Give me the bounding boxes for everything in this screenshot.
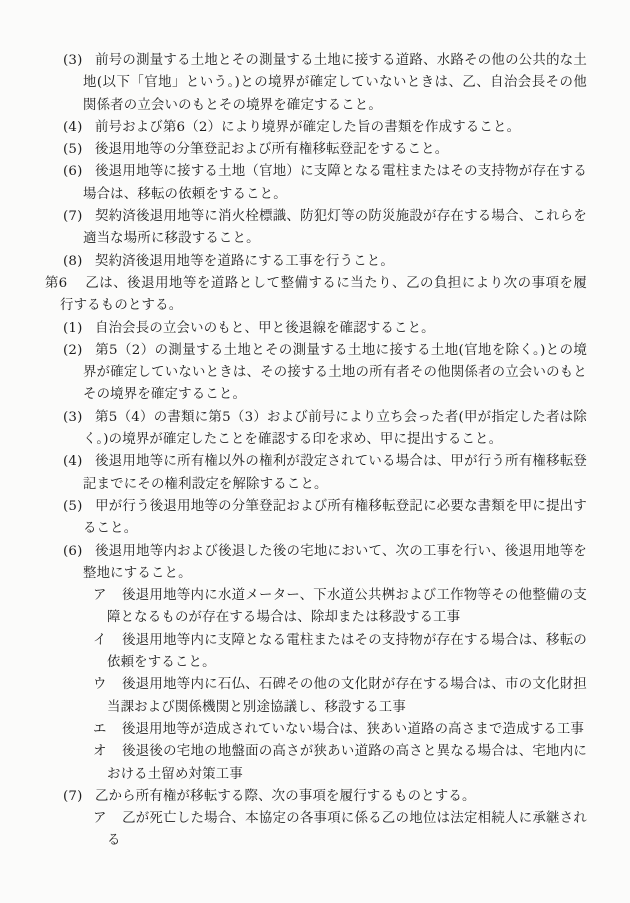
sub-clause-item: ア後退用地等内に水道メーター、下水道公共桝および工作物等その他整備の支障となるも…: [45, 585, 587, 630]
sub-clause-item: オ後退後の宅地の地盤面の高さが狭あい道路の高さと異なる場合は、宅地内における土留…: [45, 741, 587, 786]
sub-clause-item: イ後退用地等内に支障となる電柱またはその支持物が存在する場合は、移転の依頼をする…: [45, 630, 587, 675]
sub-clause-text: 後退用地等内に支障となる電柱またはその支持物が存在する場合は、移転の依頼をするこ…: [107, 633, 587, 670]
clause-item: (1)自治会長の立会いのもと、甲と後退線を確認すること。: [45, 318, 587, 340]
sub-clause-letter: ア: [93, 585, 122, 607]
clause-number: (3): [63, 407, 95, 429]
clause-item: (5)後退用地等の分筆登記および所有権移転登記をすること。: [45, 139, 587, 161]
sub-clause-letter: イ: [93, 630, 122, 652]
sub-clause-item: エ後退用地等が造成されていない場合は、狭あい道路の高さまで造成する工事: [45, 719, 587, 741]
clause-item: (4)前号および第6（2）により境界が確定した旨の書類を作成すること。: [45, 117, 587, 139]
clause-item: (8)契約済後退用地等を道路にする工事を行うこと。: [45, 251, 587, 273]
clause-text: 前号の測量する土地とその測量する土地に接する道路、水路その他の公共的な土地(以下…: [83, 53, 587, 113]
sub-clause-item: ア乙が死亡した場合、本協定の各事項に係る乙の地位は法定相続人に承継される: [45, 808, 587, 853]
article-heading: 第6乙は、後退用地等を道路として整備するに当たり、乙の負担により次の事項を履行す…: [45, 273, 587, 318]
clause-number: (6): [63, 161, 95, 183]
clause-text: 契約済後退用地等を道路にする工事を行うこと。: [95, 254, 394, 269]
clause-number: (2): [63, 340, 95, 362]
clause-text: 前号および第6（2）により境界が確定した旨の書類を作成すること。: [95, 120, 520, 135]
clause-number: (8): [63, 251, 95, 273]
article-number: 第6: [45, 273, 85, 295]
clause-item: (5)甲が行う後退用地等の分筆登記および所有権移転登記に必要な書類を甲に提出する…: [45, 496, 587, 541]
clause-text: 後退用地等に接する土地（官地）に支障となる電柱またはその支持物が存在する場合は、…: [83, 164, 587, 201]
article-text: 乙は、後退用地等を道路として整備するに当たり、乙の負担により次の事項を履行するも…: [60, 276, 587, 313]
sub-clause-letter: ウ: [93, 674, 122, 696]
sub-clause-text: 後退後の宅地の地盤面の高さが狭あい道路の高さと異なる場合は、宅地内における土留め…: [107, 744, 587, 781]
sub-clause-letter: ア: [93, 808, 122, 830]
clause-item: (3)前号の測量する土地とその測量する土地に接する道路、水路その他の公共的な土地…: [45, 50, 587, 117]
clause-text: 契約済後退用地等に消火栓標識、防犯灯等の防災施設が存在する場合、これらを適当な場…: [83, 209, 587, 246]
clause-number: (6): [63, 541, 95, 563]
clause-text: 第5（4）の書類に第5（3）および前号により立ち会った者(甲が指定した者は除く。…: [83, 410, 587, 447]
sub-clause-item: ウ後退用地等内に石仏、石碑その他の文化財が存在する場合は、市の文化財担当課および…: [45, 674, 587, 719]
sub-clause-text: 乙が死亡した場合、本協定の各事項に係る乙の地位は法定相続人に承継される: [107, 811, 587, 848]
clause-number: (5): [63, 496, 95, 518]
clause-text: 後退用地等の分筆登記および所有権移転登記をすること。: [95, 142, 448, 157]
clause-item: (4)後退用地等に所有権以外の権利が設定されている場合は、甲が行う所有権移転登記…: [45, 451, 587, 496]
clause-item: (6)後退用地等内および後退した後の宅地において、次の工事を行い、後退用地等を整…: [45, 541, 587, 586]
sub-clause-letter: エ: [93, 719, 122, 741]
sub-clause-text: 後退用地等内に水道メーター、下水道公共桝および工作物等その他整備の支障となるもの…: [107, 588, 587, 625]
clause-text: 甲が行う後退用地等の分筆登記および所有権移転登記に必要な書類を甲に提出すること。: [83, 499, 587, 536]
sub-clause-text: 後退用地等が造成されていない場合は、狭あい道路の高さまで造成する工事: [122, 722, 584, 737]
clause-item: (2)第5（2）の測量する土地とその測量する土地に接する土地(官地を除く。)との…: [45, 340, 587, 407]
clause-item: (7)契約済後退用地等に消火栓標識、防犯灯等の防災施設が存在する場合、これらを適…: [45, 206, 587, 251]
clause-text: 乙から所有権が移転する際、次の事項を履行するものとする。: [95, 789, 476, 804]
clause-number: (7): [63, 786, 95, 808]
clause-number: (1): [63, 318, 95, 340]
clause-number: (7): [63, 206, 95, 228]
clause-number: (3): [63, 50, 95, 72]
clause-text: 自治会長の立会いのもと、甲と後退線を確認すること。: [95, 321, 435, 336]
sub-clause-text: 後退用地等内に石仏、石碑その他の文化財が存在する場合は、市の文化財担当課および関…: [107, 677, 587, 714]
clause-number: (5): [63, 139, 95, 161]
clause-number: (4): [63, 451, 95, 473]
sub-clause-letter: オ: [93, 741, 122, 763]
clause-item: (3)第5（4）の書類に第5（3）および前号により立ち会った者(甲が指定した者は…: [45, 407, 587, 452]
clause-text: 第5（2）の測量する土地とその測量する土地に接する土地(官地を除く。)との境界が…: [83, 343, 587, 403]
document-page: (3)前号の測量する土地とその測量する土地に接する道路、水路その他の公共的な土地…: [0, 0, 630, 903]
clause-text: 後退用地等内および後退した後の宅地において、次の工事を行い、後退用地等を整地にす…: [83, 544, 587, 581]
clause-number: (4): [63, 117, 95, 139]
clause-text: 後退用地等に所有権以外の権利が設定されている場合は、甲が行う所有権移転登記までに…: [83, 454, 587, 491]
clause-item: (7)乙から所有権が移転する際、次の事項を履行するものとする。: [45, 786, 587, 808]
clause-item: (6)後退用地等に接する土地（官地）に支障となる電柱またはその支持物が存在する場…: [45, 161, 587, 206]
